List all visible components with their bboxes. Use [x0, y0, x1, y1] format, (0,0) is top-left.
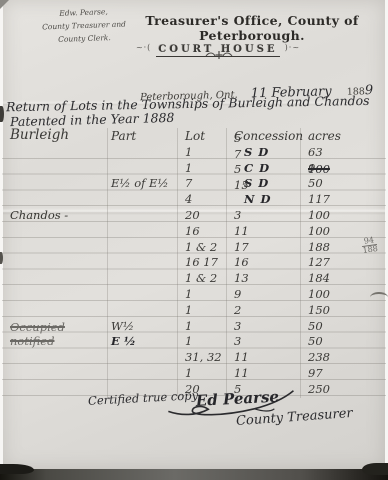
cell-lot: 31, 32: [177, 350, 226, 364]
cell-part: E ½: [107, 334, 177, 348]
cell-acres: 100: [300, 208, 362, 222]
acres-value: 50: [308, 334, 362, 348]
cell-lot: 4: [177, 192, 226, 206]
cell-lot: 1: [177, 303, 226, 317]
concession-value: 9: [234, 287, 300, 301]
ornament-icon: [205, 51, 233, 60]
scan-mark: [0, 106, 4, 122]
scan-mark: [370, 292, 388, 303]
cell-lot: 16 17: [177, 255, 226, 269]
acres-value: 250: [308, 382, 362, 396]
cell-margin: 94188: [362, 240, 386, 254]
township-name: Chandos -: [10, 208, 107, 222]
cell-concession: 2: [226, 303, 300, 317]
margin-note: 94188: [361, 236, 378, 255]
scan-edge: [0, 469, 388, 480]
table-row: Occupied notifiedE ½1350: [2, 333, 386, 349]
cell-lot: 1 & 2: [177, 271, 226, 285]
concession-value: 5: [234, 131, 300, 145]
cell-township: Chandos -: [2, 208, 107, 222]
cell-lot: 1: [177, 287, 226, 301]
cell-lot: 7: [177, 176, 226, 190]
scan-mark: [362, 463, 388, 475]
cell-acres: 127: [300, 255, 362, 269]
table-row: 415N D117: [2, 190, 386, 206]
cell-acres: 50: [300, 334, 362, 348]
concession-value: 2: [234, 303, 300, 317]
table-row: 16 1716127: [2, 254, 386, 270]
flourish-right: )·~: [285, 43, 300, 52]
table-row: 1611100: [2, 222, 386, 238]
cell-concession: 13: [226, 271, 300, 285]
cell-acres: 100: [300, 224, 362, 238]
acres-value: 100: [308, 224, 362, 238]
cell-acres: 250: [300, 382, 362, 396]
table-row: 1 & 21718894188: [2, 238, 386, 254]
cell-acres: 50: [300, 319, 362, 333]
cell-concession: 3: [226, 208, 300, 222]
acres-struck: 100: [308, 162, 358, 176]
margin-note-bottom: 188: [362, 244, 378, 255]
part-value: W½: [111, 319, 177, 333]
cell-concession: 16: [226, 255, 300, 269]
scan-mark: [0, 252, 3, 264]
acres-value: 184: [308, 271, 362, 285]
concession-value: 13: [234, 271, 300, 285]
concession-value: 15: [234, 178, 300, 192]
concession-value: 5: [234, 162, 300, 176]
table-row: 12150: [2, 301, 386, 317]
table-row: Chandos -203100: [2, 206, 386, 222]
cell-part: E½ of E½: [107, 176, 177, 190]
cell-lot: 1: [177, 366, 226, 380]
cell-lot: 1: [177, 145, 226, 159]
acres-value: 238: [308, 350, 362, 364]
cell-part: W½: [107, 319, 177, 333]
cell-acres: 238: [300, 350, 362, 364]
cell-acres: 100: [300, 287, 362, 301]
acres-value: 97: [308, 366, 362, 380]
table-row: 15S D63: [2, 143, 386, 159]
cell-acres: 117: [300, 192, 362, 206]
concession-value: 3: [234, 208, 300, 222]
cell-concession: 3: [226, 319, 300, 333]
cell-concession: 3: [226, 334, 300, 348]
flourish-left: ~·(: [136, 43, 151, 52]
table-row: 1 & 213184: [2, 269, 386, 285]
cell-concession: 11: [226, 350, 300, 364]
cell-concession: 11: [226, 366, 300, 380]
part-value: E ½: [111, 334, 177, 348]
cell-concession: 9: [226, 287, 300, 301]
acres-value: 117: [308, 192, 362, 206]
cell-concession: 15N D: [226, 178, 300, 206]
acres-value: 188: [308, 240, 362, 254]
concession-value: 11: [234, 350, 300, 364]
cell-township: Occupied notified: [2, 320, 107, 348]
header-acres: acres: [300, 129, 362, 143]
struck-note: Occupied notified: [10, 320, 103, 348]
table-body: 15S D6317C D9E½ of E½75S D10050415N D117…: [2, 143, 386, 396]
concession-value: 7: [234, 147, 300, 161]
acres-value: 150: [308, 303, 362, 317]
part-value: E½ of E½: [111, 176, 177, 190]
document-scan: Edw. Pearse, County Treasurer and County…: [0, 0, 388, 480]
header-lot: Lot: [177, 129, 226, 143]
acres-value: 100: [308, 287, 362, 301]
cell-lot: 1: [177, 161, 226, 175]
acres-value: 100: [308, 208, 362, 222]
cell-lot: 1: [177, 319, 226, 333]
concession-value: 3: [234, 334, 300, 348]
cell-acres: 97: [300, 366, 362, 380]
table-row: 31, 3211238: [2, 348, 386, 364]
concession-value: 11: [234, 366, 300, 380]
header-part: Part: [107, 129, 177, 143]
cell-lot: 1 & 2: [177, 240, 226, 254]
concession-value: 16: [234, 255, 300, 269]
concession-value: 11: [234, 224, 300, 238]
district-value: N D: [244, 192, 300, 206]
cell-lot: 20: [177, 208, 226, 222]
table-row: 11197: [2, 364, 386, 380]
acres-value: 50: [308, 319, 362, 333]
cell-acres: 150: [300, 303, 362, 317]
cell-acres: 63: [300, 145, 362, 159]
scan-mark: [0, 464, 34, 474]
cell-acres: 184: [300, 271, 362, 285]
concession-value: 17: [234, 240, 300, 254]
cell-lot: 16: [177, 224, 226, 238]
table-header-row: Burleigh Part Lot Concession acres: [2, 126, 386, 143]
header-township: Burleigh: [2, 127, 107, 143]
cell-concession: 17: [226, 240, 300, 254]
acres-value: 63: [308, 145, 362, 159]
acres-value: 50: [308, 176, 362, 190]
scan-mark: [0, 0, 9, 9]
cell-concession: 11: [226, 224, 300, 238]
cell-lot: 1: [177, 334, 226, 348]
table-row: 19100: [2, 285, 386, 301]
acres-value: 127: [308, 255, 362, 269]
cell-acres: 188: [300, 240, 362, 254]
table-row: E½ of E½75S D10050: [2, 175, 386, 191]
concession-value: 3: [234, 319, 300, 333]
cell-acres: 10050: [300, 162, 362, 190]
